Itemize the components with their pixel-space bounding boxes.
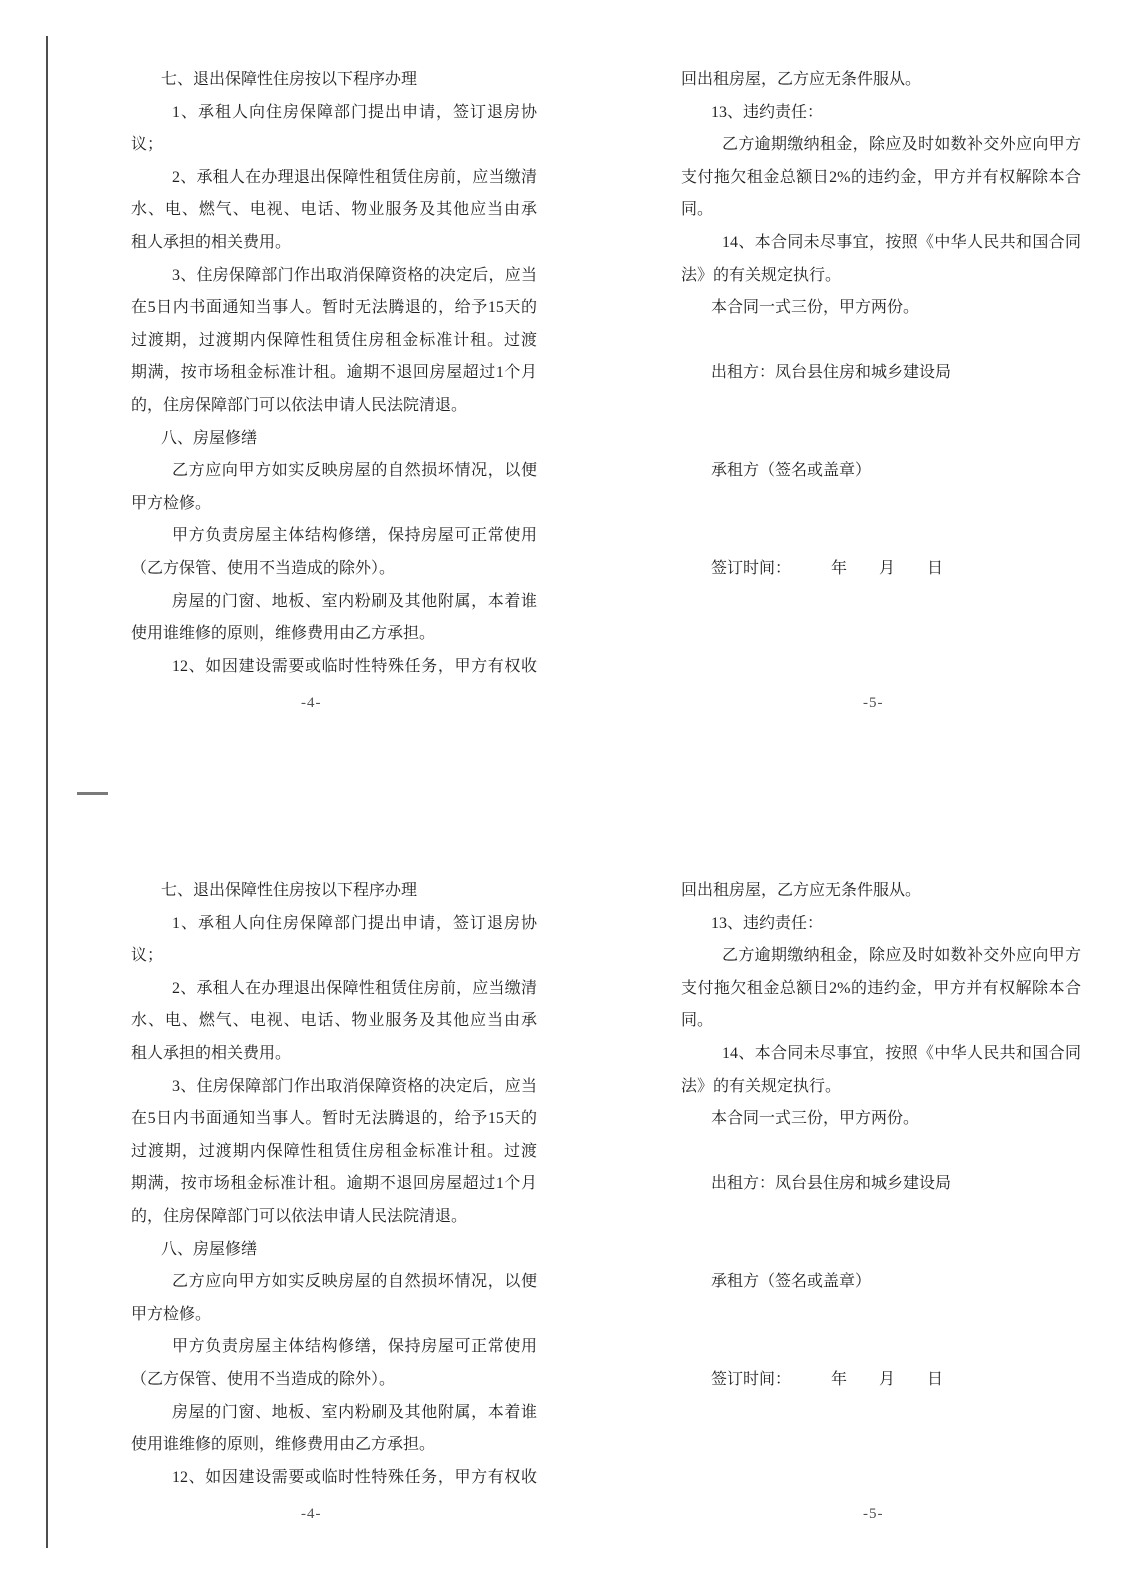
- text-line: 甲方负责房屋主体结构修缮，保持房屋可正常使用: [131, 520, 537, 553]
- text-line: 甲方检修。: [131, 1299, 537, 1332]
- text-line: （乙方保管、使用不当造成的除外）。: [131, 553, 537, 586]
- text-line: 法》的有关规定执行。: [681, 260, 1081, 293]
- text-line: 回出租房屋，乙方应无条件服从。: [681, 64, 1081, 97]
- text-line: 甲方负责房屋主体结构修缮，保持房屋可正常使用: [131, 1331, 537, 1364]
- page-number-5: -5-: [863, 1505, 884, 1523]
- text-line: 12、如因建设需要或临时性特殊任务，甲方有权收: [131, 1462, 537, 1495]
- page-5-text-column: 回出租房屋，乙方应无条件服从。13、违约责任：乙方逾期缴纳租金，除应及时如数补交…: [681, 875, 1081, 1397]
- text-line: （乙方保管、使用不当造成的除外）。: [131, 1364, 537, 1397]
- text-line: 房屋的门窗、地板、室内粉刷及其他附属，本着谁: [131, 1397, 537, 1430]
- text-line: 1、承租人向住房保障部门提出申请，签订退房协: [131, 97, 537, 130]
- page-spread-top: 七、退出保障性住房按以下程序办理1、承租人向住房保障部门提出申请，签订退房协议；…: [0, 64, 1122, 764]
- text-line: 1、承租人向住房保障部门提出申请，签订退房协: [131, 908, 537, 941]
- text-line: 过渡期，过渡期内保障性租赁住房租金标准计租。过渡: [131, 1136, 537, 1169]
- text-line: 在5日内书面通知当事人。暂时无法腾退的，给予15天的: [131, 292, 537, 325]
- text-line: [681, 520, 1081, 553]
- text-line: 同。: [681, 194, 1081, 227]
- text-line: [681, 1136, 1081, 1169]
- page-spread-bottom: 七、退出保障性住房按以下程序办理1、承租人向住房保障部门提出申请，签订退房协议；…: [0, 875, 1122, 1575]
- text-line: 2、承租人在办理退出保障性租赁住房前，应当缴清: [131, 973, 537, 1006]
- page-4-text-column: 七、退出保障性住房按以下程序办理1、承租人向住房保障部门提出申请，签订退房协议；…: [131, 875, 537, 1494]
- text-line: 的，住房保障部门可以依法申请人民法院清退。: [131, 390, 537, 423]
- text-line: 13、违约责任：: [681, 908, 1081, 941]
- text-line: 在5日内书面通知当事人。暂时无法腾退的，给予15天的: [131, 1103, 537, 1136]
- text-line: 七、退出保障性住房按以下程序办理: [131, 64, 537, 97]
- text-line: 租人承担的相关费用。: [131, 227, 537, 260]
- page-4-text-column: 七、退出保障性住房按以下程序办理1、承租人向住房保障部门提出申请，签订退房协议；…: [131, 64, 537, 683]
- text-line: 期满，按市场租金标准计租。逾期不退回房屋超过1个月: [131, 1168, 537, 1201]
- text-line: 出租方：凤台县住房和城乡建设局: [681, 1168, 1081, 1201]
- text-line: 2、承租人在办理退出保障性租赁住房前，应当缴清: [131, 162, 537, 195]
- text-line: 使用谁维修的原则，维修费用由乙方承担。: [131, 618, 537, 651]
- text-line: 回出租房屋，乙方应无条件服从。: [681, 875, 1081, 908]
- text-line: 使用谁维修的原则，维修费用由乙方承担。: [131, 1429, 537, 1462]
- text-line: 房屋的门窗、地板、室内粉刷及其他附属，本着谁: [131, 586, 537, 619]
- text-line: 同。: [681, 1005, 1081, 1038]
- text-line: 3、住房保障部门作出取消保障资格的决定后，应当: [131, 260, 537, 293]
- text-line: 承租方（签名或盖章）: [681, 455, 1081, 488]
- text-line: 14、本合同未尽事宜，按照《中华人民共和国合同: [681, 1038, 1081, 1071]
- text-line: [681, 488, 1081, 521]
- text-line: 本合同一式三份，甲方两份。: [681, 1103, 1081, 1136]
- scanned-contract-document: { "colors": { "background": "#ffffff", "…: [0, 0, 1122, 1587]
- text-line: 期满，按市场租金标准计租。逾期不退回房屋超过1个月: [131, 357, 537, 390]
- text-line: 14、本合同未尽事宜，按照《中华人民共和国合同: [681, 227, 1081, 260]
- text-line: 甲方检修。: [131, 488, 537, 521]
- text-line: [681, 390, 1081, 423]
- text-line: 七、退出保障性住房按以下程序办理: [131, 875, 537, 908]
- text-line: [681, 1234, 1081, 1267]
- text-line: 签订时间： 年 月 日: [681, 1364, 1081, 1397]
- page-number-4: -4-: [301, 1505, 322, 1523]
- page-5-text-column: 回出租房屋，乙方应无条件服从。13、违约责任：乙方逾期缴纳租金，除应及时如数补交…: [681, 64, 1081, 586]
- text-line: 13、违约责任：: [681, 97, 1081, 130]
- text-line: 乙方逾期缴纳租金，除应及时如数补交外应向甲方: [681, 129, 1081, 162]
- page-number-5: -5-: [863, 694, 884, 712]
- text-line: 承租方（签名或盖章）: [681, 1266, 1081, 1299]
- text-line: 租人承担的相关费用。: [131, 1038, 537, 1071]
- page-number-4: -4-: [301, 694, 322, 712]
- text-line: 法》的有关规定执行。: [681, 1071, 1081, 1104]
- text-line: [681, 325, 1081, 358]
- text-line: 议；: [131, 129, 537, 162]
- text-line: [681, 1331, 1081, 1364]
- text-line: 本合同一式三份，甲方两份。: [681, 292, 1081, 325]
- text-line: 支付拖欠租金总额日2%的违约金，甲方并有权解除本合: [681, 162, 1081, 195]
- text-line: 支付拖欠租金总额日2%的违约金，甲方并有权解除本合: [681, 973, 1081, 1006]
- page-break-mark: [77, 792, 108, 795]
- text-line: [681, 1201, 1081, 1234]
- text-line: 水、电、燃气、电视、电话、物业服务及其他应当由承: [131, 194, 537, 227]
- text-line: 八、房屋修缮: [131, 1234, 537, 1267]
- text-line: 签订时间： 年 月 日: [681, 553, 1081, 586]
- text-line: 水、电、燃气、电视、电话、物业服务及其他应当由承: [131, 1005, 537, 1038]
- text-line: 议；: [131, 940, 537, 973]
- text-line: 12、如因建设需要或临时性特殊任务，甲方有权收: [131, 651, 537, 684]
- text-line: [681, 1299, 1081, 1332]
- text-line: 过渡期，过渡期内保障性租赁住房租金标准计租。过渡: [131, 325, 537, 358]
- text-line: 3、住房保障部门作出取消保障资格的决定后，应当: [131, 1071, 537, 1104]
- text-line: 出租方：凤台县住房和城乡建设局: [681, 357, 1081, 390]
- text-line: 的，住房保障部门可以依法申请人民法院清退。: [131, 1201, 537, 1234]
- text-line: 乙方逾期缴纳租金，除应及时如数补交外应向甲方: [681, 940, 1081, 973]
- text-line: [681, 423, 1081, 456]
- text-line: 乙方应向甲方如实反映房屋的自然损坏情况，以便: [131, 455, 537, 488]
- text-line: 八、房屋修缮: [131, 423, 537, 456]
- text-line: 乙方应向甲方如实反映房屋的自然损坏情况，以便: [131, 1266, 537, 1299]
